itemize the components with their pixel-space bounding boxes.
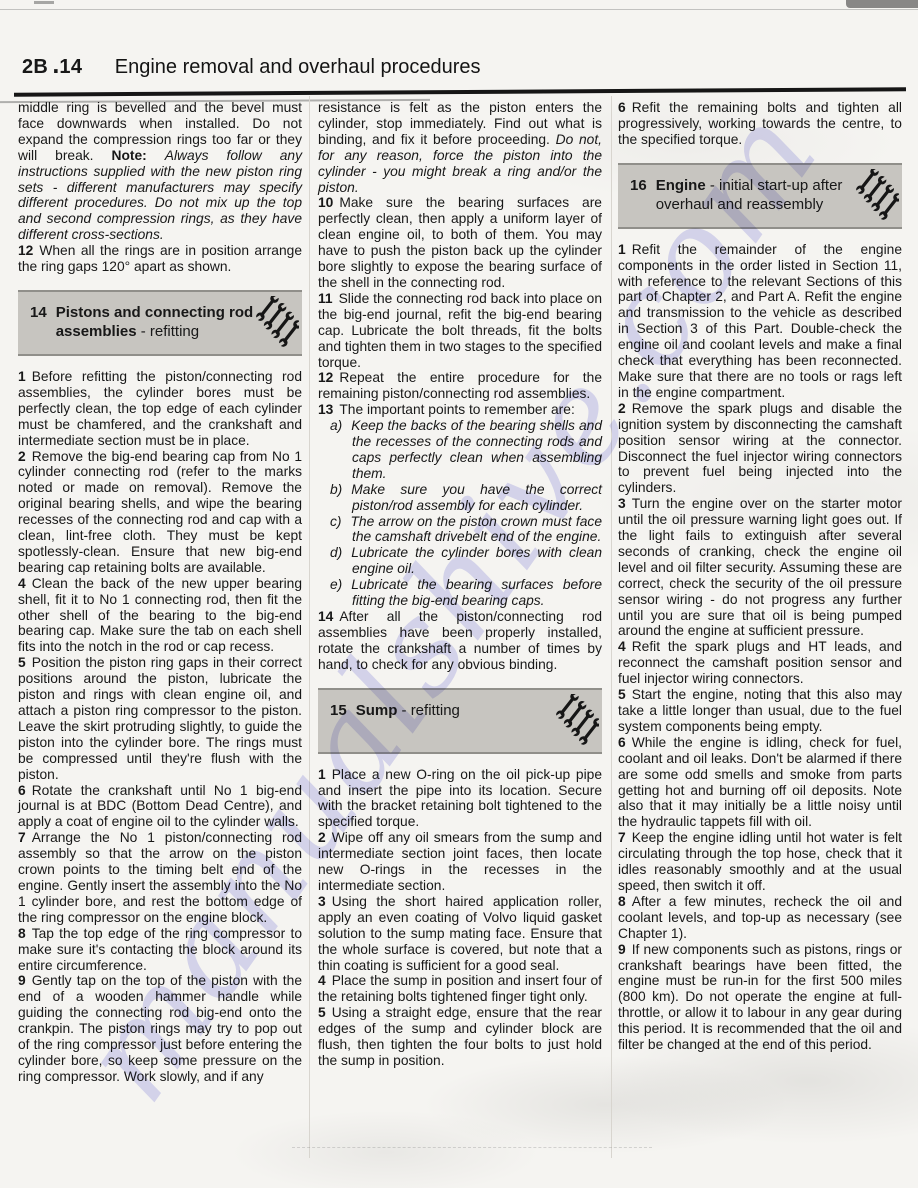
- paragraph: 2Remove the big-end bearing cap from No …: [18, 449, 302, 576]
- column-divider: [309, 96, 310, 1158]
- page-header: 2B ․14 Engine removal and overhaul proce…: [22, 54, 481, 79]
- list-item: a)Keep the backs of the bearing shells a…: [318, 418, 602, 482]
- paragraph: 6Rotate the crankshaft until No 1 big-en…: [18, 783, 302, 831]
- paragraph: resistance is felt as the piston enters …: [318, 100, 602, 195]
- section-heading-14: 14Pistons and connecting rod assemblies …: [18, 290, 302, 356]
- spanners-icon: [855, 169, 899, 221]
- column-divider: [611, 96, 612, 1158]
- header-rule: [14, 87, 906, 96]
- paragraph: 10Make sure the bearing surfaces are per…: [318, 195, 602, 290]
- paragraph: 7Arrange the No 1 piston/connecting rod …: [18, 830, 302, 925]
- paragraph: 4Place the sump in position and insert f…: [318, 973, 602, 1005]
- paragraph: 8After a few minutes, recheck the oil an…: [618, 894, 902, 942]
- list-marker: d): [330, 545, 351, 560]
- paragraph: 5Using a straight edge, ensure that the …: [318, 1005, 602, 1069]
- paragraph: 4Clean the back of the new upper bearing…: [18, 576, 302, 656]
- text-column-3: 6Refit the remaining bolts and tighten a…: [618, 100, 902, 1053]
- section-title: Engine - initial start-up after overhaul…: [656, 176, 854, 214]
- section-number: 16: [630, 176, 656, 214]
- paragraph: 3Using the short haired application roll…: [318, 894, 602, 974]
- list-marker: e): [330, 577, 351, 592]
- list-item: e)Lubricate the bearing surfaces before …: [318, 577, 602, 609]
- paragraph: 9If new components such as pistons, ring…: [618, 942, 902, 1053]
- section-heading-16: 16Engine - initial start-up after overha…: [618, 163, 902, 229]
- paragraph: 11Slide the connecting rod back into pla…: [318, 291, 602, 371]
- paragraph: 5Start the engine, noting that this also…: [618, 687, 902, 735]
- paragraph: 12When all the rings are in position arr…: [18, 243, 302, 275]
- list-item: c)The arrow on the piston crown must fac…: [318, 514, 602, 546]
- paragraph: 6Refit the remaining bolts and tighten a…: [618, 100, 902, 148]
- paragraph: 4Refit the spark plugs and HT leads, and…: [618, 639, 902, 687]
- spanners-icon: [555, 694, 599, 746]
- paragraph: 7Keep the engine idling until hot water …: [618, 830, 902, 894]
- page-number: 2B ․14: [22, 56, 82, 78]
- paragraph: 12Repeat the entire procedure for the re…: [318, 370, 602, 402]
- list-marker: b): [330, 482, 351, 497]
- text-column-2: resistance is felt as the piston enters …: [318, 100, 602, 1069]
- section-number: 14: [30, 303, 56, 341]
- paragraph: middle ring is bevelled and the bevel mu…: [18, 100, 302, 243]
- paragraph: 13The important points to remember are:: [318, 402, 602, 418]
- scan-artifact-top-line: [0, 9, 918, 10]
- paragraph: 2Wipe off any oil smears from the sump a…: [318, 830, 602, 894]
- paragraph: 9Gently tap on the top of the piston wit…: [18, 973, 302, 1084]
- section-title: Sump - refitting: [356, 701, 460, 720]
- list-item: b)Make sure you have the correct piston/…: [318, 482, 602, 514]
- list-marker: c): [330, 514, 351, 529]
- section-title: Pistons and connecting rod assemblies - …: [56, 303, 254, 341]
- scan-artifact-bottom-dash: [292, 1147, 652, 1148]
- paragraph: 1Place a new O-ring on the oil pick-up p…: [318, 767, 602, 831]
- list-marker: a): [330, 418, 351, 433]
- paragraph: 6While the engine is idling, check for f…: [618, 735, 902, 830]
- paragraph: 1Refit the remainder of the engine compo…: [618, 242, 902, 401]
- paragraph: 5Position the piston ring gaps in their …: [18, 655, 302, 782]
- paragraph: 2Remove the spark plugs and disable the …: [618, 401, 902, 496]
- page-title: Engine removal and overhaul procedures: [115, 56, 481, 78]
- section-heading-15: 15Sump - refitting: [318, 688, 602, 754]
- paragraph: 8Tap the top edge of the ring compressor…: [18, 926, 302, 974]
- section-number: 15: [330, 701, 356, 720]
- spanners-icon: [255, 296, 299, 348]
- paragraph: 3Turn the engine over on the starter mot…: [618, 496, 902, 639]
- list-item: d)Lubricate the cylinder bores with clea…: [318, 545, 602, 577]
- scan-artifact-smudge: [846, 0, 918, 8]
- scan-artifact-mark: [34, 1, 54, 4]
- manual-page: 2B ․14 Engine removal and overhaul proce…: [0, 0, 918, 1188]
- paragraph: 14After all the piston/connecting rod as…: [318, 609, 602, 673]
- paragraph: 1Before refitting the piston/connecting …: [18, 369, 302, 449]
- text-column-1: middle ring is bevelled and the bevel mu…: [18, 100, 302, 1085]
